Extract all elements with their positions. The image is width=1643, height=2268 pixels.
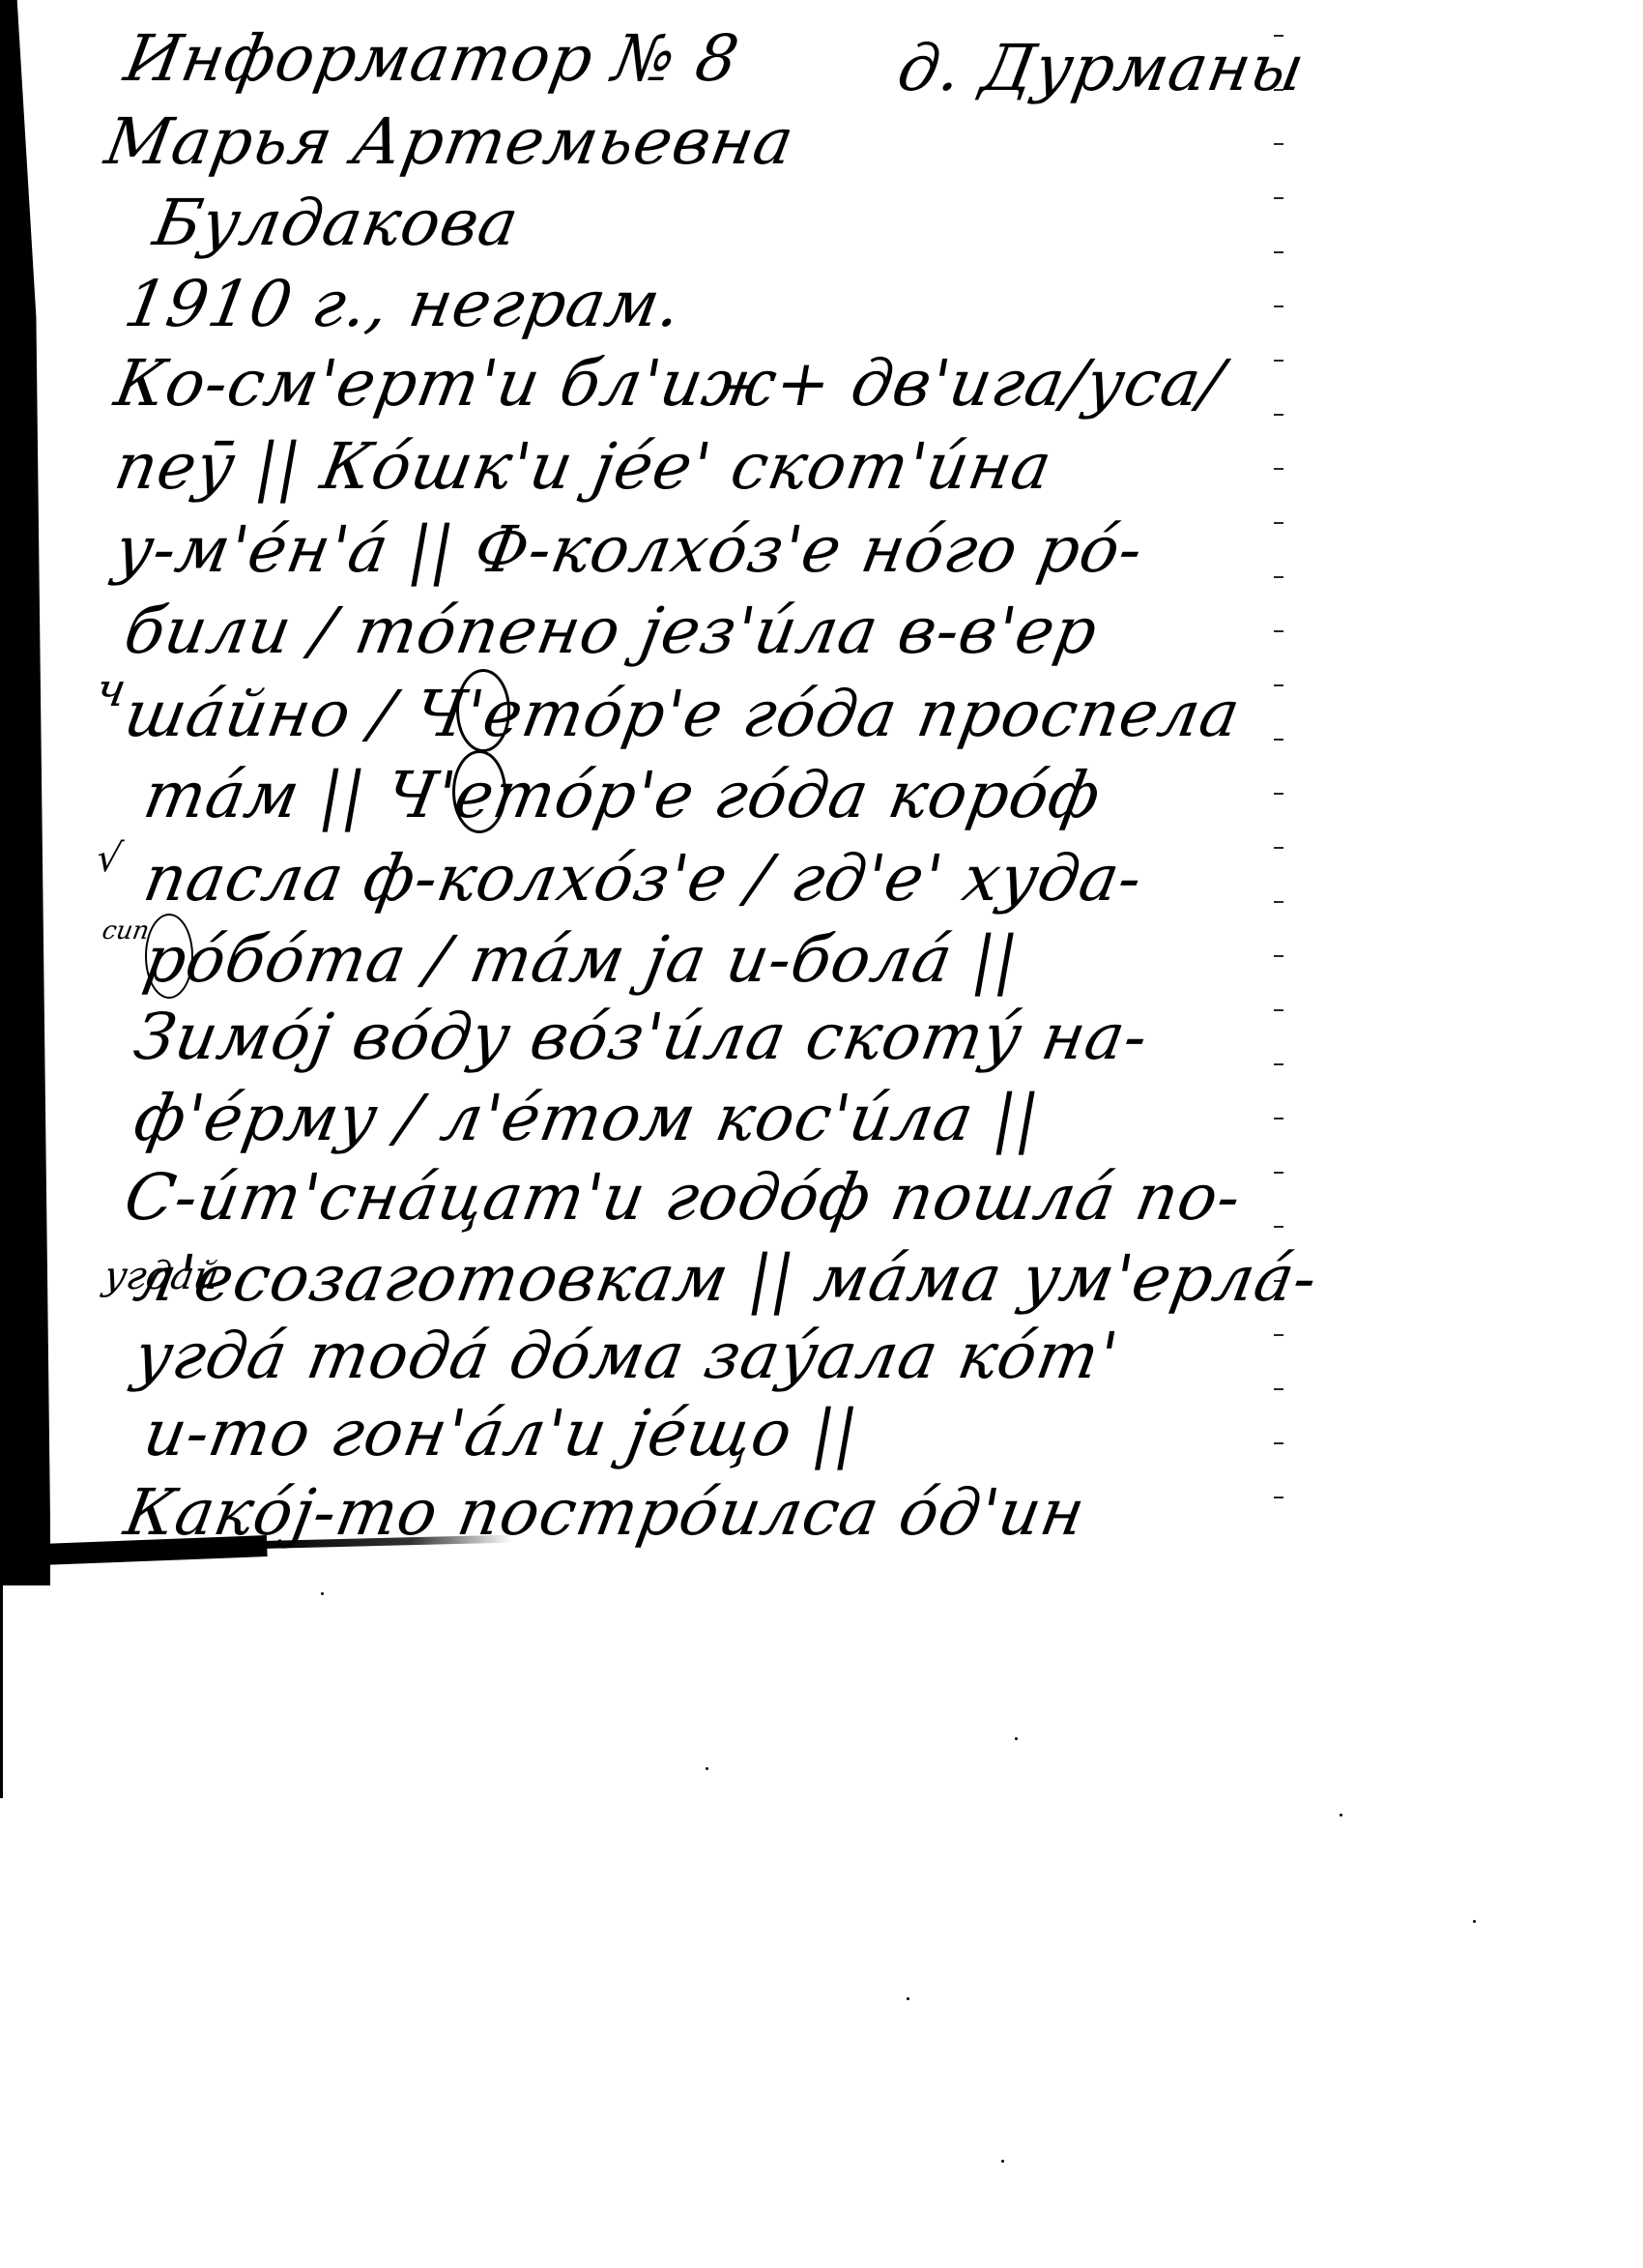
informant-label: Информатор № 8 — [120, 27, 743, 91]
margin-note-ugday: угдай — [101, 1257, 221, 1295]
text-line-5: ша́йно / Ч'ето́р'е го́да проспела — [120, 683, 1245, 746]
scan-speck — [1015, 1737, 1018, 1740]
circled-letter-mark — [145, 914, 193, 999]
scan-speck — [1340, 1814, 1342, 1817]
scan-speck — [1473, 1920, 1476, 1923]
text-line-2: пеӯ || Ко́шк'и jе́е' скот'и́на — [110, 435, 1056, 499]
village-name: д. Дурманы — [893, 37, 1310, 101]
margin-checkmark: √ — [93, 839, 125, 878]
text-line-12: л'есозаготовкам || ма́ма ум'ерла́- — [130, 1247, 1322, 1311]
margin-note-ch: ч — [93, 667, 130, 713]
scan-speck — [1001, 2160, 1004, 2163]
circled-letter-mark — [456, 669, 510, 752]
text-line-7: пасла ф-колхо́з'е / гд'е' худа- — [139, 847, 1147, 911]
scan-speck — [321, 1592, 324, 1595]
text-line-4: били / то́пено jез'и́ла в-в'ер — [120, 599, 1102, 663]
text-line-14: и-то гон'а́л'и jе́що || — [139, 1402, 863, 1466]
text-line-6: та́м || Ч'ето́р'е го́да коро́ф — [139, 764, 1106, 828]
scan-edge-left — [0, 0, 50, 1585]
scan-speck — [706, 1767, 708, 1770]
text-line-15: Како́j-то постро́илса о́д'ин — [120, 1481, 1090, 1545]
text-line-9: Зимо́j во́ду во́з'и́ла скоту́ на- — [130, 1005, 1153, 1069]
margin-note-sip: сип — [101, 918, 152, 944]
informant-name-line-1: Марья Артемьевна — [101, 110, 798, 174]
birth-year-status: 1910 г., неграм. — [120, 273, 686, 336]
scan-speck — [907, 1997, 909, 2000]
text-line-10: ф'е́рму / л'е́том кос'и́ла || — [130, 1087, 1045, 1150]
informant-name-line-2: Булдакова — [149, 191, 524, 255]
text-line-3: у-м'е́н'а́ || Ф-колхо́з'е но́го ро́- — [110, 518, 1148, 582]
text-line-1: Ко-см'ерт'и бл'иж+ дв'ига/уса/ — [110, 352, 1228, 416]
text-line-8: ро́бо́та / та́м jа и-бола́ || — [139, 928, 1023, 992]
circled-letter-mark — [452, 750, 506, 833]
scan-edge-left-thin — [0, 1547, 3, 1798]
text-line-11: С-и́т'сна́цат'и годо́ф пошла́ по- — [120, 1166, 1246, 1230]
text-line-13: угда́ тода́ до́ма зау́ала ко́т' — [130, 1324, 1123, 1388]
